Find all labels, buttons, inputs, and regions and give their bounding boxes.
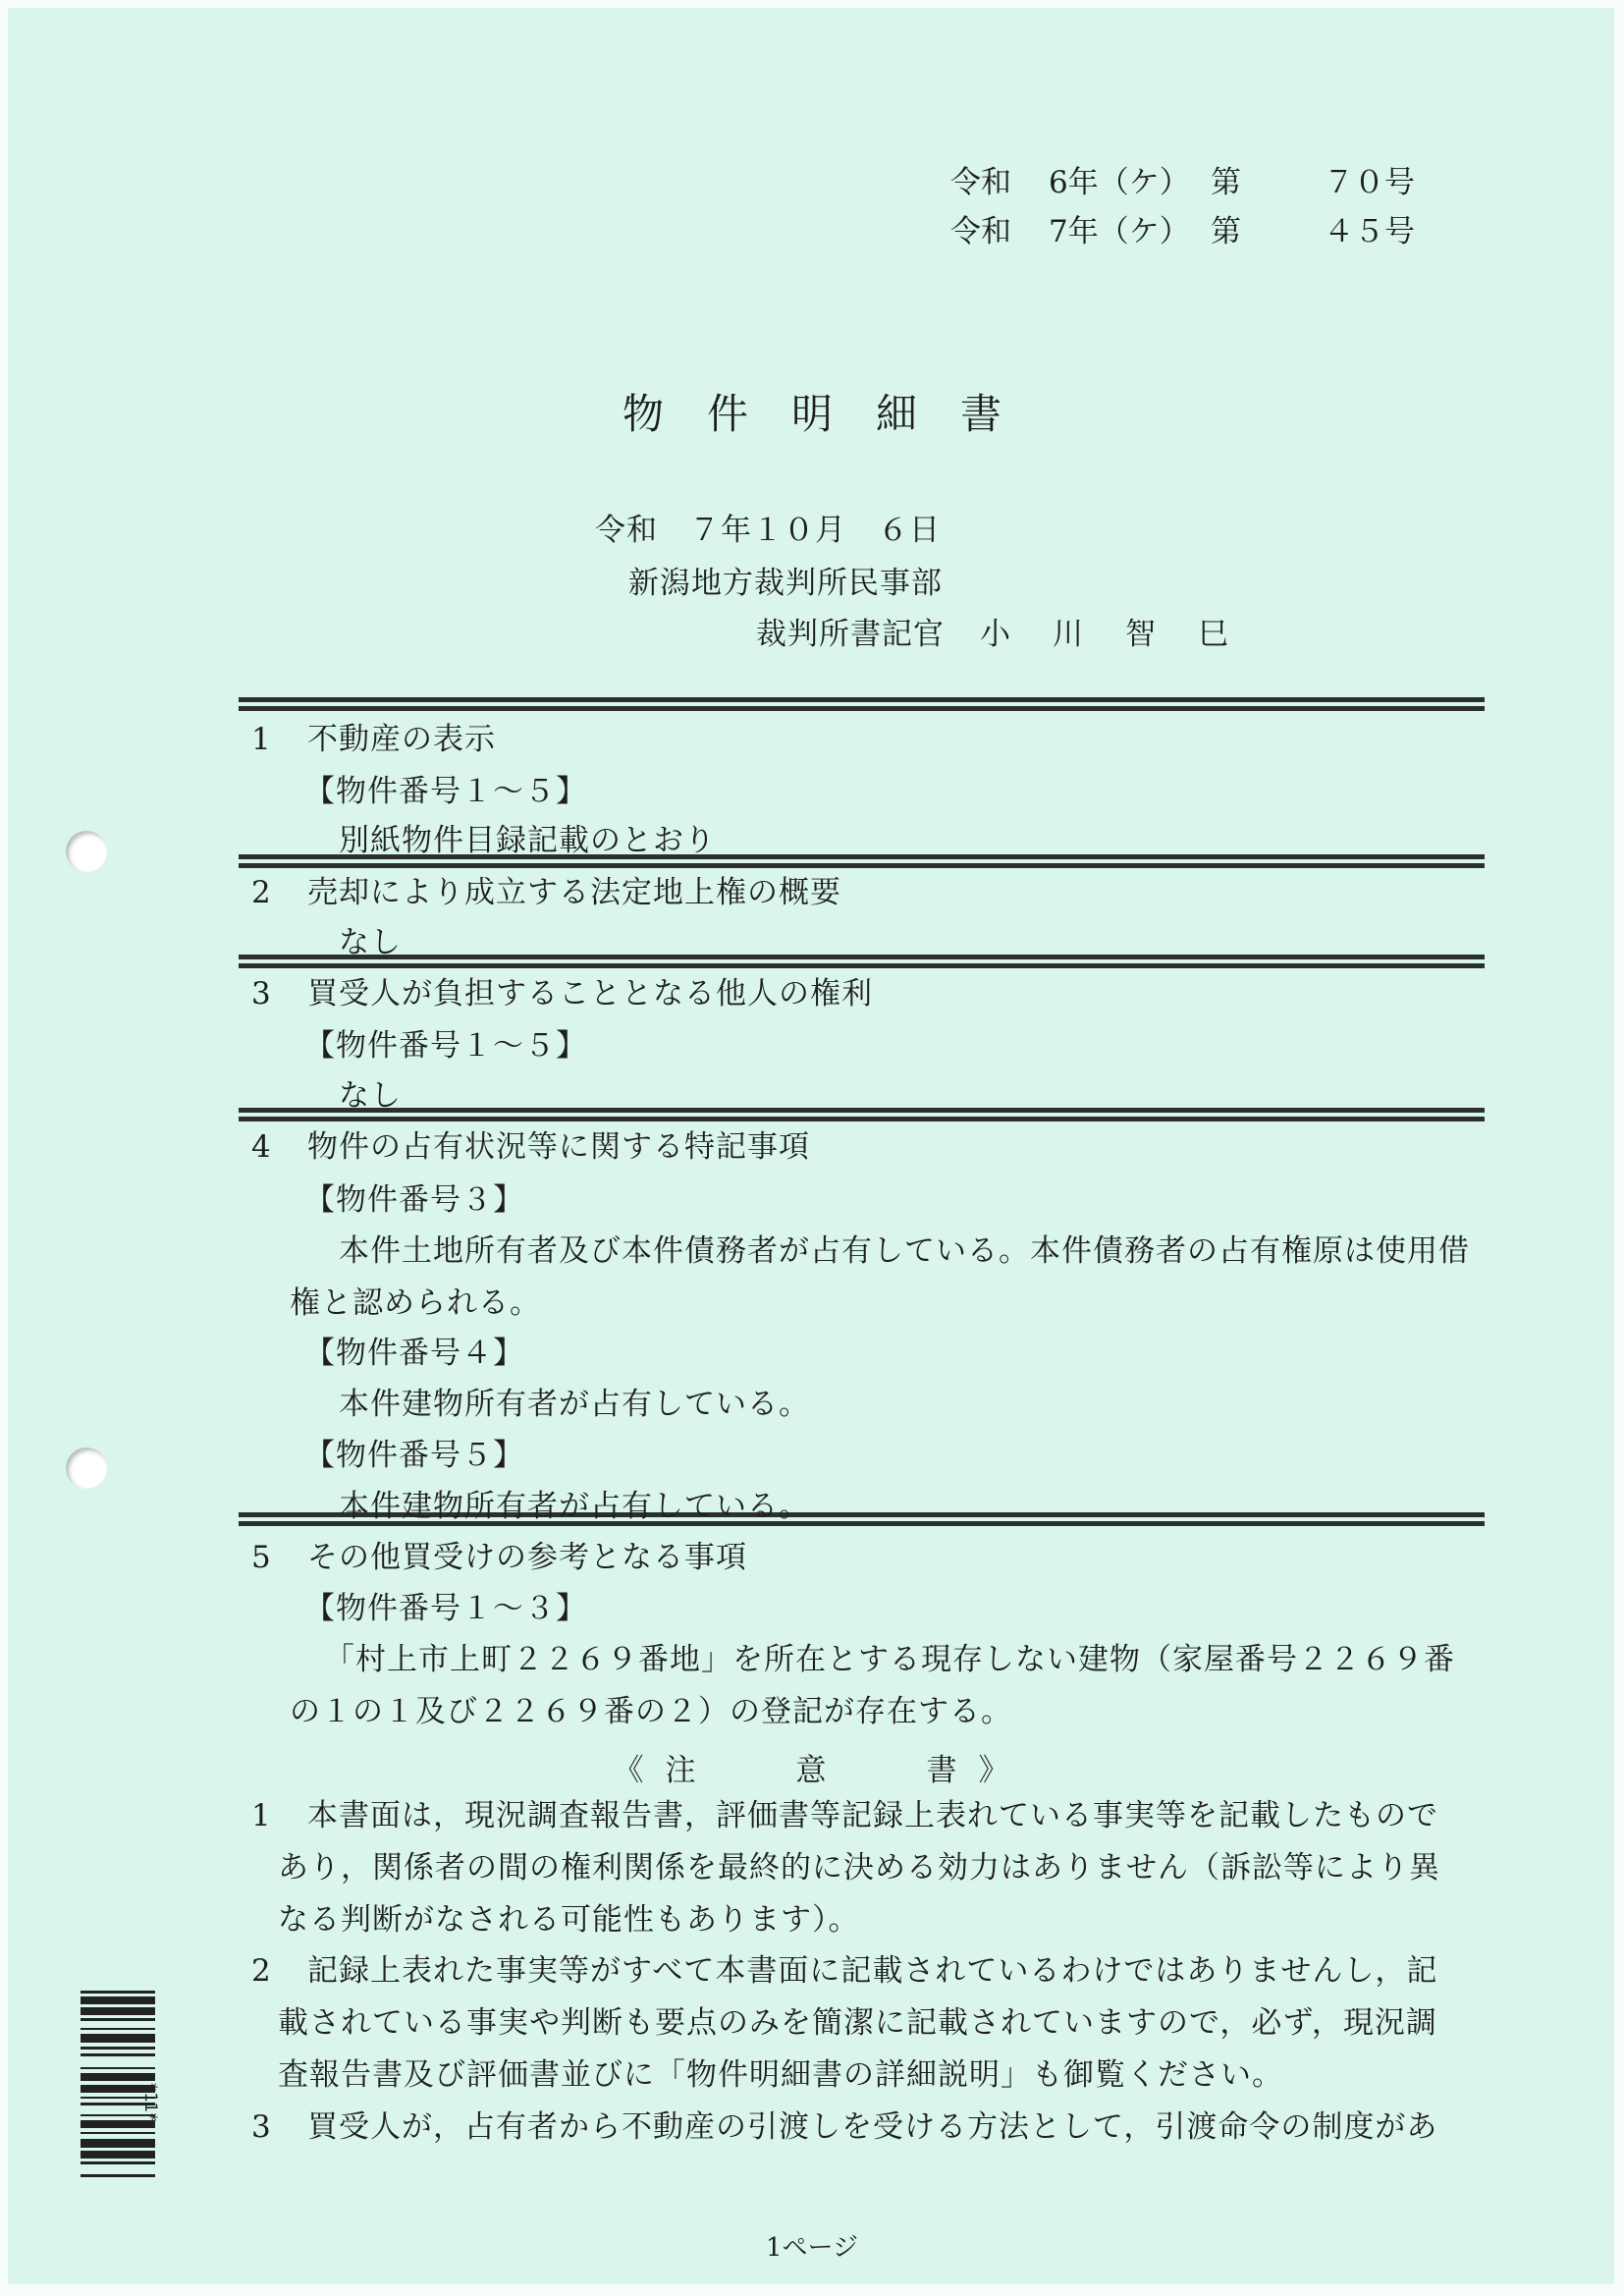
- barcode-label: *11*: [140, 2082, 160, 2122]
- section-4-label-5: 【物件番号５】: [304, 1436, 524, 1475]
- notice-3-line1: 買受人が，占有者から不動産の引渡しを受ける方法として，引渡命令の制度があ: [307, 2107, 1437, 2147]
- page-number: 1ページ: [0, 2227, 1624, 2264]
- section-4-text-5: 本件建物所有者が占有している。: [339, 1487, 810, 1526]
- case-year: 6年（ケ）: [1049, 163, 1211, 202]
- section-1-text: 別紙物件目録記載のとおり: [339, 821, 716, 860]
- case-num: ７０号: [1324, 163, 1412, 202]
- section-1-heading: 不動産の表示: [307, 720, 496, 759]
- notice-heading-char: 書: [927, 1745, 959, 1789]
- document-sheet: [8, 8, 1614, 2284]
- double-rule: [239, 697, 1485, 711]
- notice-2-line1: 記録上表れた事実等がすべて本書面に記載されているわけではありませんし，記: [307, 1951, 1437, 1991]
- case-num: ４５号: [1324, 212, 1412, 251]
- section-4-heading: 物件の占有状況等に関する特記事項: [307, 1127, 810, 1167]
- case-year: 7年（ケ）: [1049, 212, 1211, 251]
- clerk-role: 裁判所書記官: [756, 617, 945, 652]
- notice-1-line3: なる判断がなされる可能性もあります）。: [278, 1900, 860, 1940]
- clerk-line: 裁判所書記官小 川 智 巳: [756, 615, 1234, 654]
- section-5-heading: その他買受けの参考となる事項: [307, 1538, 747, 1577]
- section-1-number: 1: [251, 720, 272, 759]
- case-dai: 第: [1211, 163, 1324, 202]
- section-3-heading: 買受人が負担することとなる他人の権利: [307, 974, 873, 1013]
- notice-2-line3: 査報告書及び評価書並びに「物件明細書の詳細説明」も御覧ください。: [278, 2055, 1283, 2095]
- case-number-1: 令和6年（ケ）第７０号: [950, 163, 1412, 202]
- section-3-text: なし: [339, 1076, 402, 1116]
- court-name: 新潟地方裁判所民事部: [628, 564, 943, 603]
- case-era: 令和: [950, 212, 1049, 251]
- notice-1-line1: 本書面は，現況調査報告書，評価書等記録上表れている事実等を記載したもので: [307, 1796, 1438, 1835]
- double-rule: [239, 1108, 1485, 1121]
- section-4-number: 4: [251, 1127, 272, 1167]
- notice-2-number: 2: [251, 1951, 272, 1991]
- section-3-number: 3: [251, 974, 272, 1013]
- section-4-label-3: 【物件番号３】: [304, 1180, 524, 1220]
- document-title: 物件明細書: [0, 387, 1624, 442]
- notice-heading: 《注意書》: [0, 1745, 1624, 1789]
- double-rule: [239, 955, 1485, 968]
- notice-3-number: 3: [251, 2107, 272, 2147]
- notice-heading-open: 《: [614, 1745, 646, 1789]
- section-5-text-line1: 「村上市上町２２６９番地」を所在とする現存しない建物（家屋番号２２６９番: [324, 1640, 1455, 1679]
- section-2-heading: 売却により成立する法定地上権の概要: [307, 873, 841, 912]
- section-2-text: なし: [339, 923, 402, 962]
- notice-1-line2: あり，関係者の間の権利関係を最終的に決める効力はありません（訴訟等により異: [278, 1848, 1440, 1887]
- punch-hole-bottom: [66, 1448, 107, 1489]
- section-3-label: 【物件番号１～５】: [304, 1026, 587, 1066]
- issue-date: 令和 ７年１０月 ６日: [595, 511, 941, 550]
- case-era: 令和: [950, 163, 1049, 202]
- clerk-name: 小 川 智 巳: [980, 617, 1234, 652]
- notice-heading-char: 注: [666, 1745, 698, 1789]
- section-5-number: 5: [251, 1538, 272, 1577]
- section-5-label: 【物件番号１～３】: [304, 1589, 587, 1628]
- case-dai: 第: [1211, 212, 1324, 251]
- notice-2-line2: 載されている事実や判断も要点のみを簡潔に記載されていますので，必ず，現況調: [278, 2003, 1437, 2043]
- punch-hole-top: [66, 831, 107, 872]
- notice-1-number: 1: [251, 1796, 272, 1835]
- section-2-number: 2: [251, 873, 272, 912]
- section-5-text-line2: の１の１及び２２６９番の２）の登記が存在する。: [290, 1692, 1012, 1731]
- section-4-text-4: 本件建物所有者が占有している。: [339, 1385, 810, 1424]
- section-4-text-3-line2: 権と認められる。: [290, 1284, 541, 1323]
- section-4-text-3-line1: 本件土地所有者及び本件債務者が占有している。本件債務者の占有権原は使用借: [339, 1231, 1470, 1271]
- case-number-2: 令和7年（ケ）第４５号: [950, 212, 1412, 251]
- section-4-label-4: 【物件番号４】: [304, 1334, 524, 1373]
- notice-heading-char: 意: [796, 1745, 829, 1789]
- notice-heading-close: 》: [979, 1745, 1011, 1789]
- section-1-label: 【物件番号１～５】: [304, 772, 587, 811]
